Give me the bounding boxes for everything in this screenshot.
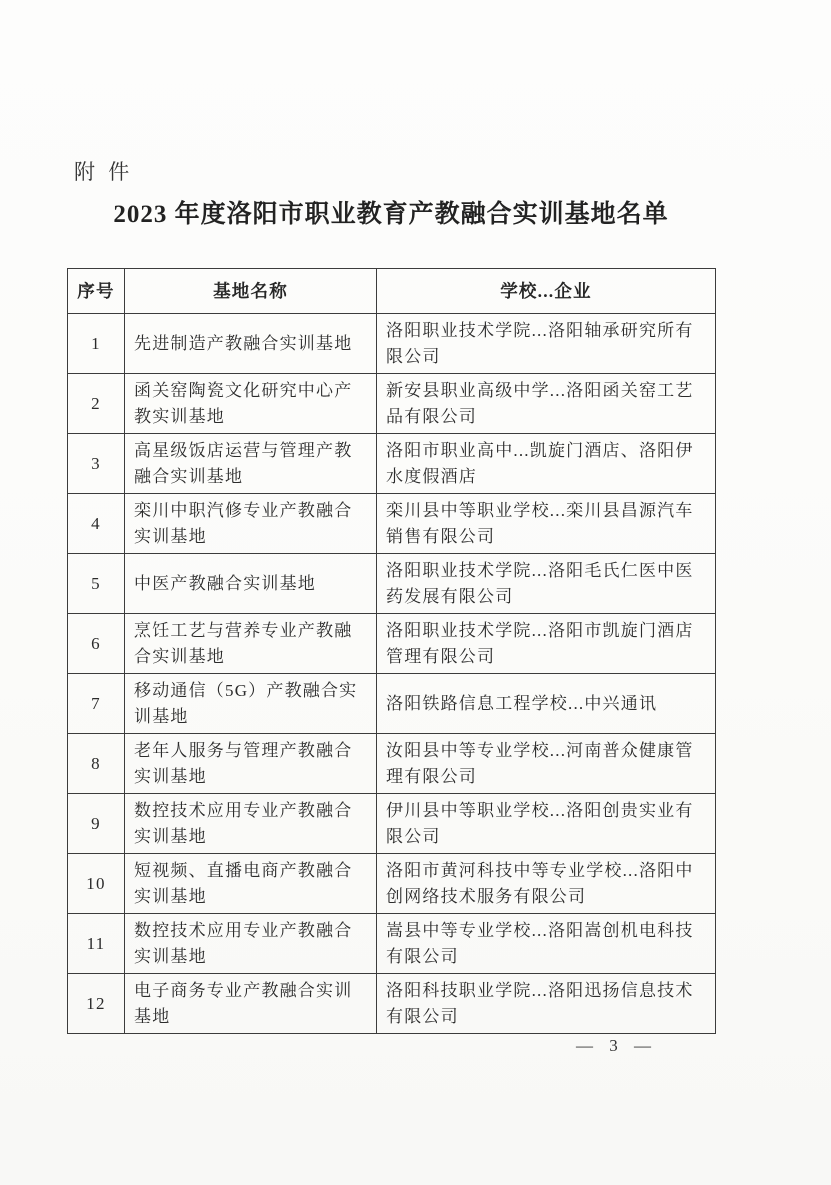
table-row: 9数控技术应用专业产教融合实训基地伊川县中等职业学校...洛阳创贵实业有限公司 xyxy=(68,794,716,854)
serial-number-cell: 10 xyxy=(68,854,125,914)
school-enterprise-cell: 伊川县中等职业学校...洛阳创贵实业有限公司 xyxy=(377,794,716,854)
table-row: 4栾川中职汽修专业产教融合实训基地栾川县中等职业学校...栾川县昌源汽车销售有限… xyxy=(68,494,716,554)
serial-number-cell: 7 xyxy=(68,674,125,734)
base-name-cell: 电子商务专业产教融合实训基地 xyxy=(125,974,377,1034)
table-header: 序号 基地名称 学校...企业 xyxy=(68,269,716,314)
school-enterprise-cell: 洛阳市职业高中...凯旋门酒店、洛阳伊水度假酒店 xyxy=(377,434,716,494)
base-name-cell: 短视频、直播电商产教融合实训基地 xyxy=(125,854,377,914)
attachment-label: 附 件 xyxy=(74,156,133,186)
table-row: 8老年人服务与管理产教融合实训基地汝阳县中等专业学校...河南普众健康管理有限公… xyxy=(68,734,716,794)
school-enterprise-cell: 洛阳科技职业学院...洛阳迅扬信息技术有限公司 xyxy=(377,974,716,1034)
table-row: 7移动通信（5G）产教融合实训基地洛阳铁路信息工程学校...中兴通讯 xyxy=(68,674,716,734)
school-enterprise-cell: 栾川县中等职业学校...栾川县昌源汽车销售有限公司 xyxy=(377,494,716,554)
base-name-cell: 数控技术应用专业产教融合实训基地 xyxy=(125,914,377,974)
table-row: 10短视频、直播电商产教融合实训基地洛阳市黄河科技中等专业学校...洛阳中创网络… xyxy=(68,854,716,914)
base-name-cell: 中医产教融合实训基地 xyxy=(125,554,377,614)
serial-number-cell: 12 xyxy=(68,974,125,1034)
base-name-cell: 栾川中职汽修专业产教融合实训基地 xyxy=(125,494,377,554)
serial-number-cell: 11 xyxy=(68,914,125,974)
table-body: 1先进制造产教融合实训基地洛阳职业技术学院...洛阳轴承研究所有限公司2函关窑陶… xyxy=(68,314,716,1034)
training-base-table: 序号 基地名称 学校...企业 1先进制造产教融合实训基地洛阳职业技术学院...… xyxy=(67,268,716,1034)
table-row: 2函关窑陶瓷文化研究中心产教实训基地新安县职业高级中学...洛阳函关窑工艺品有限… xyxy=(68,374,716,434)
school-enterprise-cell: 洛阳职业技术学院...洛阳毛氏仁医中医药发展有限公司 xyxy=(377,554,716,614)
header-base-name: 基地名称 xyxy=(125,269,377,314)
base-name-cell: 移动通信（5G）产教融合实训基地 xyxy=(125,674,377,734)
table-row: 6烹饪工艺与营养专业产教融合实训基地洛阳职业技术学院...洛阳市凯旋门酒店管理有… xyxy=(68,614,716,674)
base-name-cell: 烹饪工艺与营养专业产教融合实训基地 xyxy=(125,614,377,674)
serial-number-cell: 2 xyxy=(68,374,125,434)
serial-number-cell: 6 xyxy=(68,614,125,674)
table-row: 5中医产教融合实训基地洛阳职业技术学院...洛阳毛氏仁医中医药发展有限公司 xyxy=(68,554,716,614)
header-school-enterprise: 学校...企业 xyxy=(377,269,716,314)
school-enterprise-cell: 洛阳职业技术学院...洛阳市凯旋门酒店管理有限公司 xyxy=(377,614,716,674)
school-enterprise-cell: 汝阳县中等专业学校...河南普众健康管理有限公司 xyxy=(377,734,716,794)
school-enterprise-cell: 洛阳铁路信息工程学校...中兴通讯 xyxy=(377,674,716,734)
school-enterprise-cell: 洛阳职业技术学院...洛阳轴承研究所有限公司 xyxy=(377,314,716,374)
base-name-cell: 数控技术应用专业产教融合实训基地 xyxy=(125,794,377,854)
serial-number-cell: 5 xyxy=(68,554,125,614)
school-enterprise-cell: 嵩县中等专业学校...洛阳嵩创机电科技有限公司 xyxy=(377,914,716,974)
scanned-document-page: 附 件 2023 年度洛阳市职业教育产教融合实训基地名单 序号 基地名称 学校.… xyxy=(0,0,831,1185)
serial-number-cell: 4 xyxy=(68,494,125,554)
serial-number-cell: 1 xyxy=(68,314,125,374)
base-name-cell: 先进制造产教融合实训基地 xyxy=(125,314,377,374)
page-title: 2023 年度洛阳市职业教育产教融合实训基地名单 xyxy=(67,194,715,230)
serial-number-cell: 3 xyxy=(68,434,125,494)
serial-number-cell: 8 xyxy=(68,734,125,794)
table-row: 12电子商务专业产教融合实训基地洛阳科技职业学院...洛阳迅扬信息技术有限公司 xyxy=(68,974,716,1034)
page-number: — 3 — xyxy=(67,1036,715,1056)
table-row: 3高星级饭店运营与管理产教融合实训基地洛阳市职业高中...凯旋门酒店、洛阳伊水度… xyxy=(68,434,716,494)
table-row: 1先进制造产教融合实训基地洛阳职业技术学院...洛阳轴承研究所有限公司 xyxy=(68,314,716,374)
header-serial-number: 序号 xyxy=(68,269,125,314)
table-header-row: 序号 基地名称 学校...企业 xyxy=(68,269,716,314)
table-row: 11数控技术应用专业产教融合实训基地嵩县中等专业学校...洛阳嵩创机电科技有限公… xyxy=(68,914,716,974)
base-name-cell: 高星级饭店运营与管理产教融合实训基地 xyxy=(125,434,377,494)
base-name-cell: 函关窑陶瓷文化研究中心产教实训基地 xyxy=(125,374,377,434)
school-enterprise-cell: 洛阳市黄河科技中等专业学校...洛阳中创网络技术服务有限公司 xyxy=(377,854,716,914)
serial-number-cell: 9 xyxy=(68,794,125,854)
base-name-cell: 老年人服务与管理产教融合实训基地 xyxy=(125,734,377,794)
school-enterprise-cell: 新安县职业高级中学...洛阳函关窑工艺品有限公司 xyxy=(377,374,716,434)
